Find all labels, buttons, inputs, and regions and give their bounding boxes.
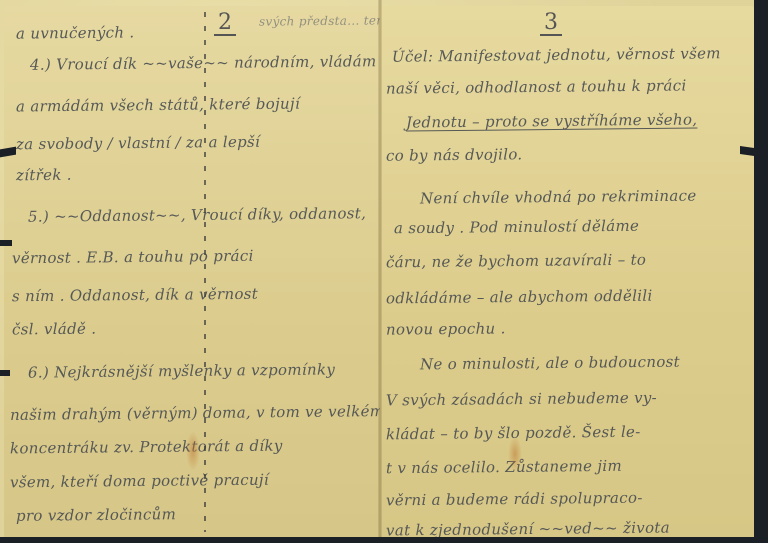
stain-mark [186, 431, 200, 471]
left-line-14: pro vzdor zločincům [16, 505, 176, 525]
right-line-1: Účel: Manifestovat jednotu, věrnost všem [392, 44, 721, 65]
left-line-4: za svobody / vlastní / za a lepší [16, 133, 260, 154]
right-line-9: novou epochu . [386, 319, 506, 338]
right-line-13: t v nás ocelilo. Zůstaneme jim [386, 457, 622, 477]
right-line-11: V svých zásadách si nebudeme vy- [386, 389, 657, 410]
left-page-number: 2 [214, 12, 236, 36]
torn-edge [754, 0, 768, 543]
left-line-12: koncentráku zv. Protektorát a díky [10, 437, 283, 458]
binding-stitch [204, 12, 206, 532]
torn-edge [0, 370, 10, 376]
right-line-3: Jednotu – proto se vystříháme všeho, [406, 110, 697, 131]
left-line-3: a armádám všech států, které bojují [16, 95, 300, 116]
right-page-number: 3 [540, 12, 562, 36]
left-page: 2 svých předsta... tem a uvnučených . 4.… [4, 6, 380, 539]
left-line-9: čsl. vládě . [12, 320, 96, 339]
left-line-13: všem, kteří doma poctivě pracují [10, 471, 269, 492]
right-line-14: věrni a budeme rádi spolupraco- [386, 489, 643, 510]
right-line-6: a soudy . Pod minulostí děláme [394, 217, 639, 238]
right-line-10: Ne o minulosti, ale o budoucnost [420, 353, 680, 374]
left-line-8: s ním . Oddanost, dík a věrnost [12, 285, 258, 306]
left-line-10: 6.) Nejkrásnější myšlenky a vzpomínky [28, 360, 335, 381]
right-line-5: Není chvíle vhodná po rekriminace [420, 187, 697, 208]
left-margin-note: svých předsta... tem [259, 13, 388, 28]
left-line-5: zítřek . [16, 166, 72, 185]
manuscript-sheet: 2 svých předsta... tem a uvnučených . 4.… [0, 0, 768, 543]
page-fold [378, 0, 382, 543]
right-line-2: naší věci, odhodlanost a touhu k práci [386, 76, 687, 97]
right-line-4: co by nás dvojilo. [386, 145, 523, 164]
right-page: 3 Účel: Manifestovat jednotu, věrnost vš… [380, 6, 754, 539]
right-line-8: odkládáme – ale abychom oddělili [386, 287, 653, 308]
torn-edge [0, 537, 768, 543]
stain-mark [508, 436, 522, 472]
left-line-7: věrnost . E.B. a touhu po práci [12, 247, 254, 268]
left-line-6: 5.) ~~Oddanost~~, Vroucí díky, oddanost, [28, 204, 366, 226]
torn-edge [0, 240, 12, 246]
right-line-7: čáru, ne že bychom uzavírali – to [386, 251, 646, 272]
left-line-1: a uvnučených . [16, 23, 135, 42]
left-line-11: našim drahým (věrným) doma, v tom ve vel… [10, 402, 384, 424]
